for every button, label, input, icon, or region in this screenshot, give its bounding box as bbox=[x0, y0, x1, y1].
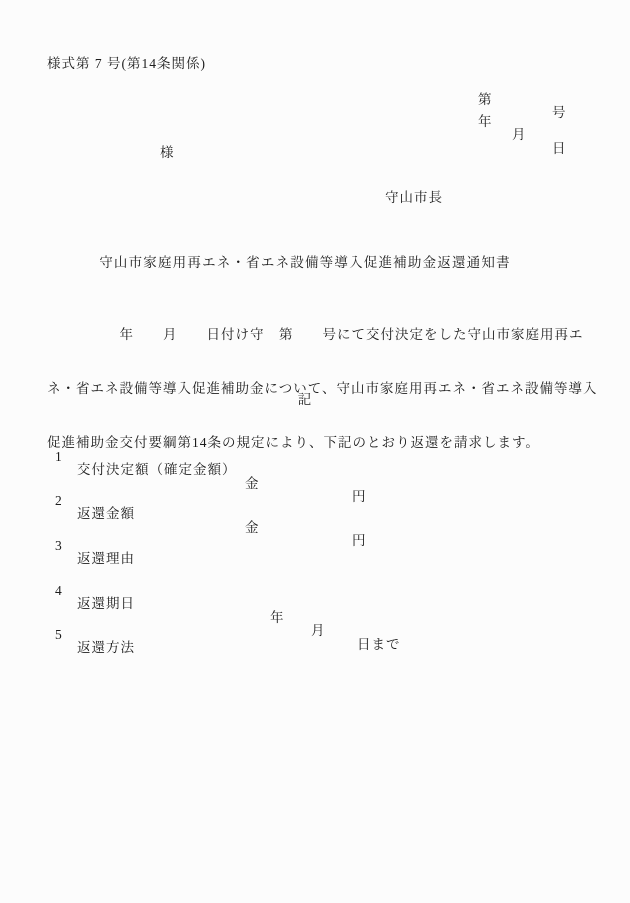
item-number: 3 bbox=[55, 539, 63, 553]
date-line: 年 月 日 bbox=[0, 101, 630, 117]
list-item-5: 5 返還方法 bbox=[0, 614, 630, 630]
item-label: 返還理由 bbox=[77, 552, 135, 566]
item-number: 5 bbox=[55, 628, 63, 642]
list-item-1: 1 交付決定額（確定金額） 金 円 bbox=[0, 436, 630, 452]
body-line: 年 月 日付け守 第 号にて交付決定をした守山市家庭用再エ bbox=[47, 321, 625, 348]
item-number: 2 bbox=[55, 494, 63, 508]
document-title: 守山市家庭用再エネ・省エネ設備等導入促進補助金返還通知書 bbox=[0, 256, 610, 270]
item-label: 返還方法 bbox=[77, 641, 135, 655]
doc-number-line: 第 号 bbox=[0, 79, 630, 95]
document-page: 様式第 7 号(第14条関係) 第 号 年 月 日 様 守山市長 守山市家庭用再… bbox=[0, 0, 630, 903]
sender-name: 守山市長 bbox=[385, 191, 443, 205]
section-marker: 記 bbox=[0, 393, 610, 407]
list-item-2: 2 返還金額 金 円 bbox=[0, 480, 630, 496]
body-paragraph: 年 月 日付け守 第 号にて交付決定をした守山市家庭用再エ ネ・省エネ設備等導入… bbox=[47, 294, 625, 483]
item-label: 返還期日 bbox=[77, 597, 135, 611]
item-label: 交付決定額（確定金額） bbox=[77, 463, 237, 477]
item-label: 返還金額 bbox=[77, 507, 135, 521]
item-number: 4 bbox=[55, 584, 63, 598]
date-month-label: 月 bbox=[512, 128, 527, 142]
item-number: 1 bbox=[55, 450, 63, 464]
due-day-label: 日まで bbox=[357, 638, 401, 652]
addressee-honorific: 様 bbox=[160, 146, 175, 160]
date-day-label: 日 bbox=[552, 142, 567, 156]
date-year-label: 年 bbox=[478, 115, 493, 129]
form-number: 様式第 7 号(第14条関係) bbox=[47, 57, 206, 71]
list-item-4: 4 返還期日 年 月 日まで bbox=[0, 570, 630, 586]
list-item-3: 3 返還理由 bbox=[0, 525, 630, 541]
